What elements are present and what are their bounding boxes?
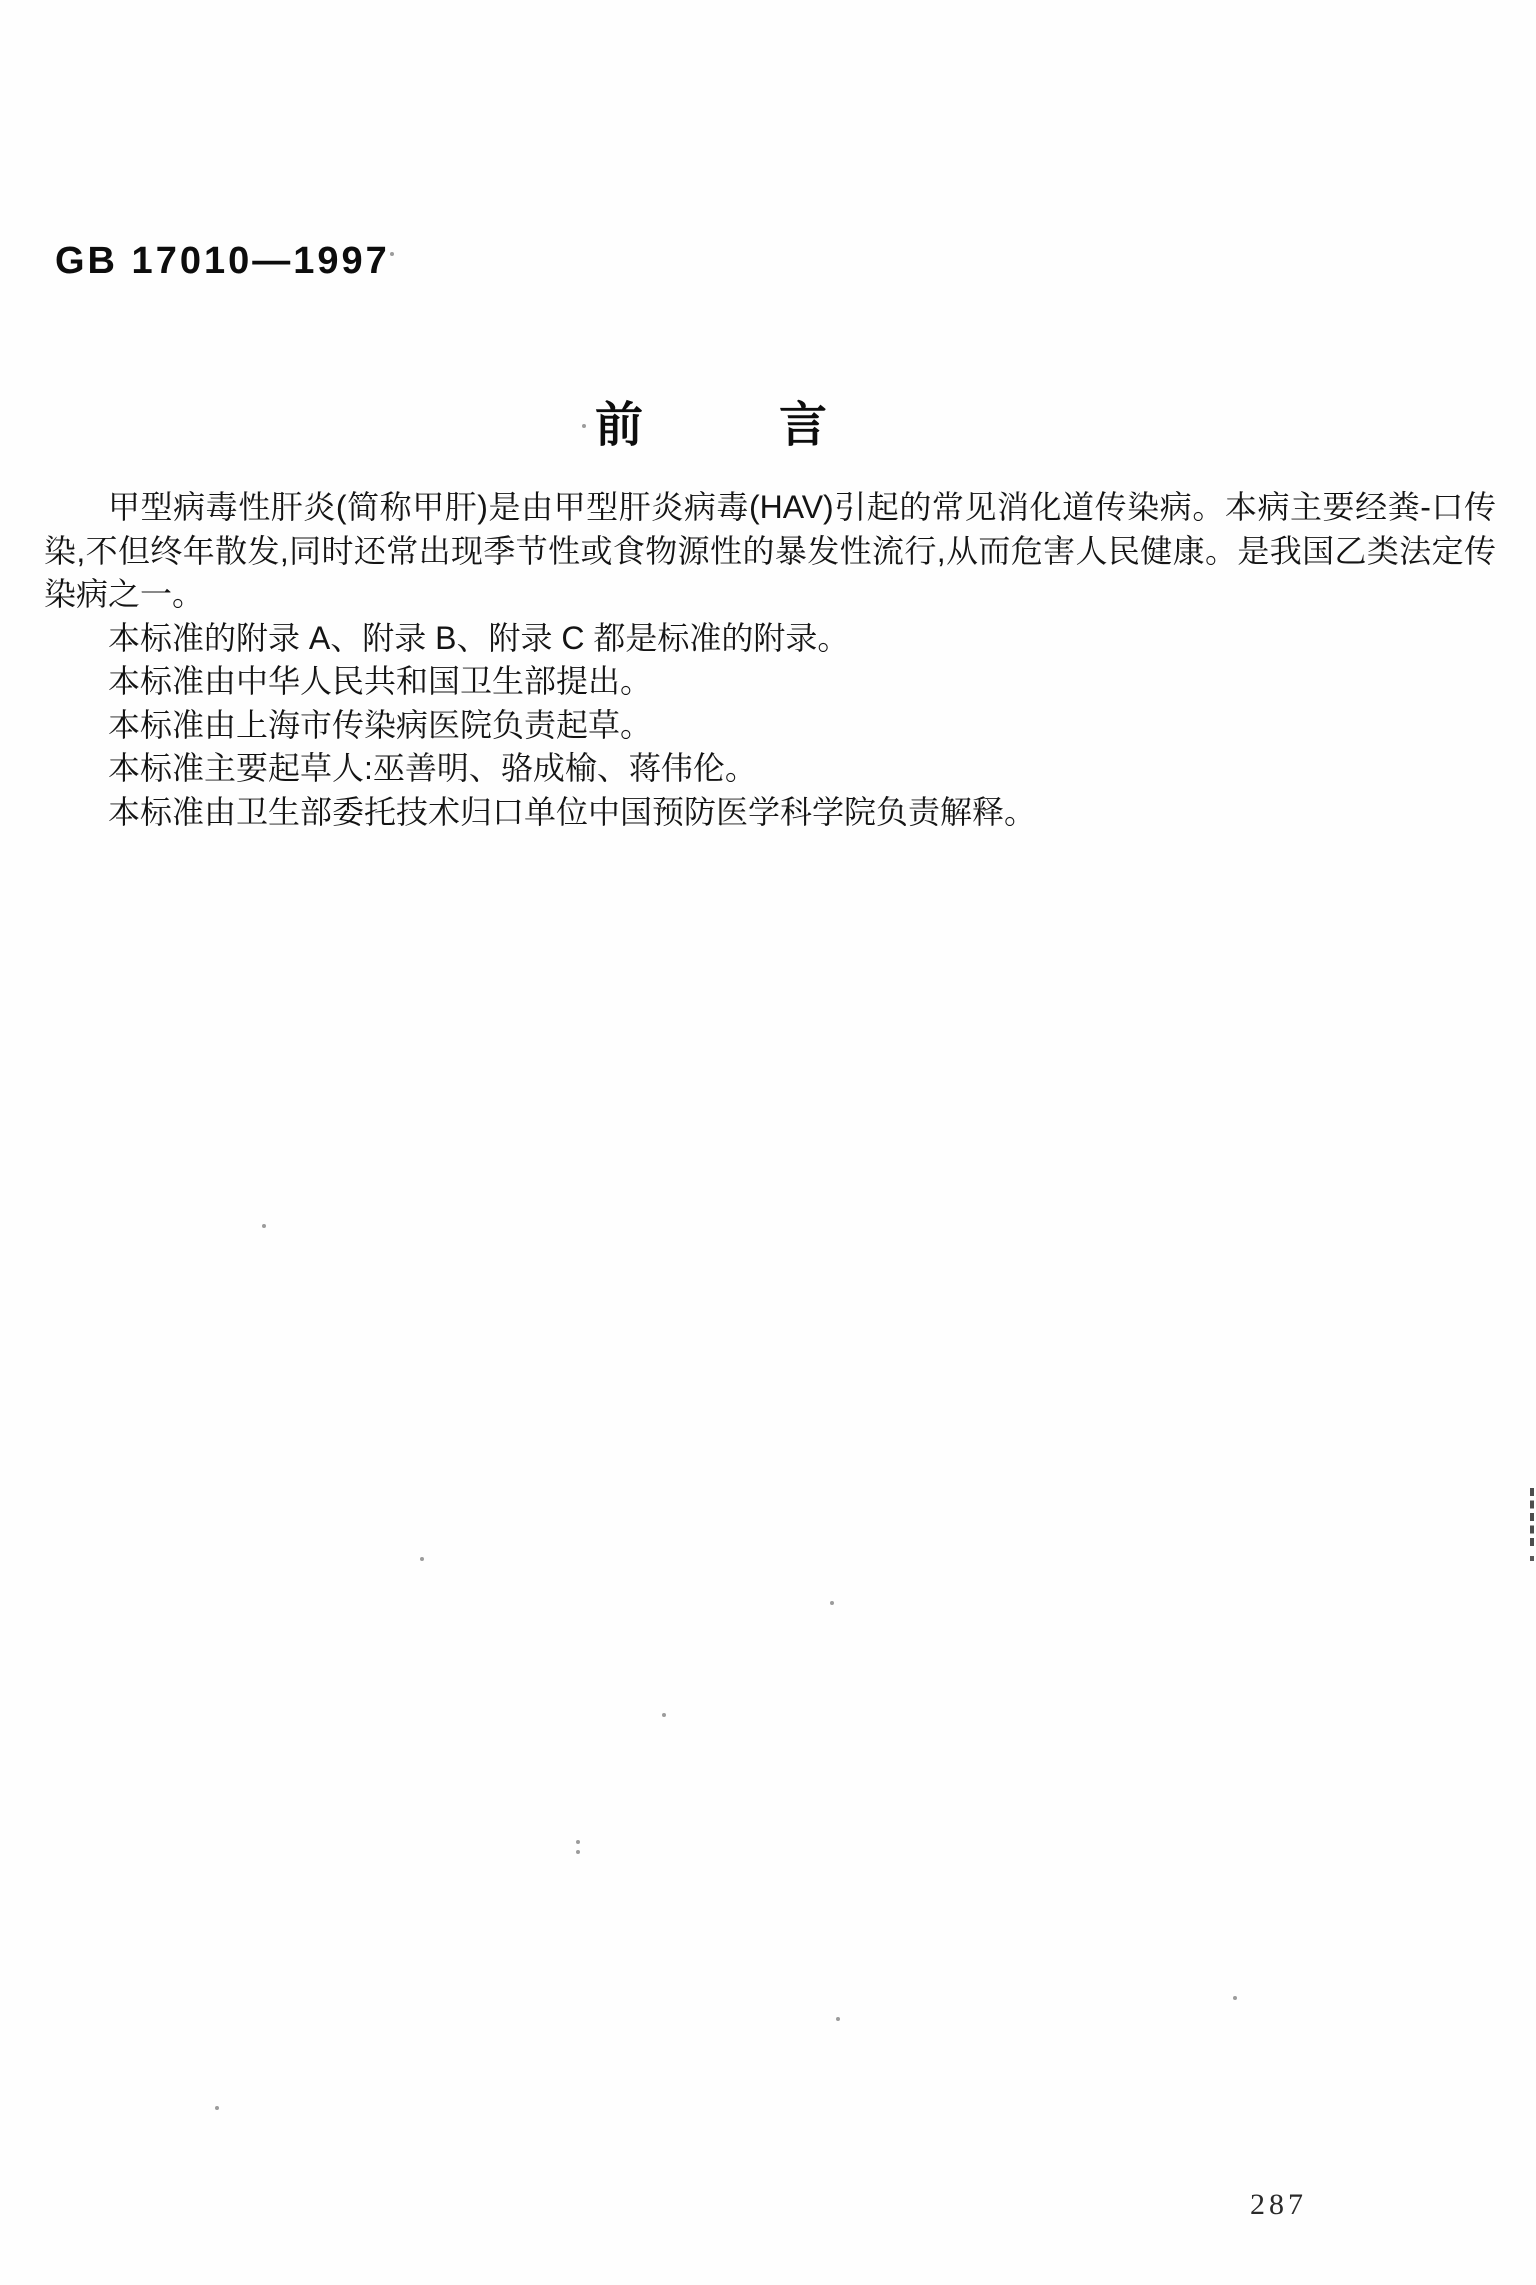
paragraph-proposed-by: 本标准由中华人民共和国卫生部提出。 bbox=[44, 660, 1496, 704]
scan-speck bbox=[215, 2106, 219, 2110]
page-title-char-1: 前 bbox=[595, 402, 643, 450]
paragraph-annexes: 本标准的附录 A、附录 B、附录 C 都是标准的附录。 bbox=[44, 617, 1496, 661]
paragraph-drafted-by: 本标准由上海市传染病医院负责起草。 bbox=[44, 704, 1496, 748]
scan-speck bbox=[576, 1850, 580, 1854]
scan-edge-dash-tick bbox=[1530, 1556, 1534, 1561]
scan-speck bbox=[1233, 1996, 1237, 2000]
scan-speck bbox=[576, 1840, 580, 1844]
scan-speck bbox=[830, 1601, 834, 1605]
scan-speck bbox=[390, 252, 394, 256]
scan-edge-dash bbox=[1530, 1488, 1534, 1546]
page-title: 前 言 bbox=[595, 402, 827, 450]
page-number: 287 bbox=[1250, 2188, 1307, 2222]
scan-speck bbox=[262, 1224, 266, 1228]
scan-speck bbox=[662, 1713, 666, 1717]
paragraph-intro: 甲型病毒性肝炎(简称甲肝)是由甲型肝炎病毒(HAV)引起的常见消化道传染病。本病… bbox=[44, 486, 1496, 617]
paragraph-interpretation: 本标准由卫生部委托技术归口单位中国预防医学科学院负责解释。 bbox=[44, 791, 1496, 835]
scan-speck bbox=[582, 424, 586, 428]
scan-speck bbox=[420, 1557, 424, 1561]
paragraph-drafters: 本标准主要起草人:巫善明、骆成榆、蒋伟伦。 bbox=[44, 747, 1496, 791]
page-title-char-2: 言 bbox=[779, 402, 827, 450]
foreword-body: 甲型病毒性肝炎(简称甲肝)是由甲型肝炎病毒(HAV)引起的常见消化道传染病。本病… bbox=[44, 486, 1496, 834]
scan-speck bbox=[836, 2017, 840, 2021]
standard-code: GB 17010—1997 bbox=[55, 240, 390, 283]
document-page: GB 17010—1997 前 言 甲型病毒性肝炎(简称甲肝)是由甲型肝炎病毒(… bbox=[0, 0, 1536, 2285]
